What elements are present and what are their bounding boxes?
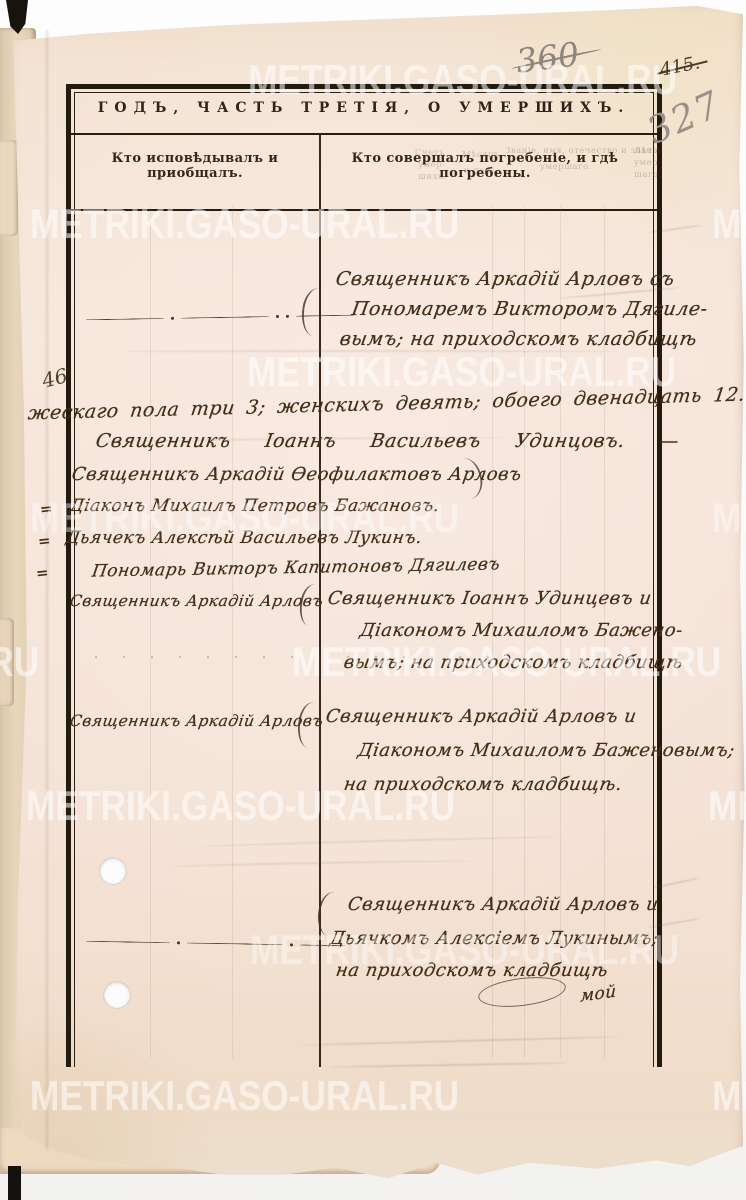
entry-4-burial-line: на приходскомъ кладбищѣ <box>334 960 609 981</box>
clergy-signature-deacon: Діаконъ Михаилъ Петровъ Бажановъ. <box>68 496 441 516</box>
punch-hole <box>100 858 126 884</box>
clergy-signature-priest-udintsov: Священникъ Іоаннъ Васильевъ Удинцовъ. — <box>94 430 680 452</box>
bleedthrough-line <box>120 350 620 354</box>
entry-3-burial-line: Священникъ Аркадій Арловъ и <box>324 706 638 727</box>
dash-dot <box>276 315 279 318</box>
entry-2-burial-line: Священникъ Іоаннъ Удинцевъ и <box>326 588 653 609</box>
table-rule <box>71 133 657 135</box>
table-rule <box>71 209 657 211</box>
ghost-header: Счетъ <box>415 148 445 158</box>
ditto-equals-mark: = <box>37 531 51 550</box>
ghost-header: Лѣта <box>634 146 658 156</box>
ghost-header: умер- <box>634 158 661 168</box>
bleedthrough-line <box>150 206 151 1058</box>
dash-dot <box>290 943 293 946</box>
entry-3-burial-line: Діакономъ Михаиломъ Баженовымъ; <box>356 740 736 761</box>
binding-fragment-bottom <box>8 1166 21 1200</box>
table-title: ГОДЪ, ЧАСТЬ ТРЕТІЯ, О УМЕРШИХЪ. <box>71 100 657 116</box>
dash-segment <box>181 316 269 319</box>
ghost-header: Мѣсяцъ <box>462 150 500 160</box>
underlying-page-tab <box>0 140 18 236</box>
ghost-header: шаго. <box>634 170 662 180</box>
underlying-page-tab <box>0 618 14 706</box>
page-crease <box>46 30 48 1150</box>
ghost-header: шихъ. <box>418 172 447 182</box>
scanned-metric-book-photo: ГОДЪ, ЧАСТЬ ТРЕТІЯ, О УМЕРШИХЪ. Кто испо… <box>0 0 746 1200</box>
dash-dot <box>177 941 180 944</box>
ghost-header: умершаго. <box>540 162 592 172</box>
ditto-equals-mark: = <box>35 563 49 582</box>
dash-dot <box>171 317 174 320</box>
entry-2-burial-line: Діакономъ Михаиломъ Бажено- <box>358 620 684 641</box>
entry-4-burial-line: Священникъ Аркадій Арловъ и <box>346 894 660 915</box>
clergy-signature-sexton: Дьячекъ Алексѣй Васильевъ Лукинъ. <box>64 528 423 548</box>
punch-hole <box>104 982 130 1008</box>
dash-dot <box>286 315 289 318</box>
dash-segment <box>86 318 164 320</box>
page-number-old-crossed: 360 <box>514 34 581 80</box>
ditto-equals-mark: = <box>39 499 53 518</box>
ghost-header: умер- <box>418 160 445 170</box>
entry-4-burial-line: Дьячкомъ Алексіемъ Лукинымъ; <box>328 928 660 949</box>
column-header-confession: Кто исповѣдывалъ и приобщалъ. <box>79 151 311 181</box>
entry-3-burial-line: на приходскомъ кладбищѣ. <box>342 774 624 795</box>
ghost-header: и день. <box>464 166 499 176</box>
entry-3-confession: Священникъ Аркадій Арловъ <box>69 712 325 730</box>
dash-segment <box>86 941 170 943</box>
entry-1-burial-line: Пономаремъ Викторомъ Дягиле- <box>350 298 709 320</box>
bleedthrough-line <box>232 206 233 1058</box>
entry-2-burial-line: вымъ; на приходскомъ кладбищѣ <box>342 652 684 673</box>
entry-1-burial-line: Священникъ Аркадій Арловъ съ <box>334 268 676 290</box>
entry-2-confession: Священникъ Аркадій Арловъ <box>69 592 325 610</box>
entry-1-burial-line: вымъ; на приходскомъ кладбищѣ <box>338 328 698 350</box>
